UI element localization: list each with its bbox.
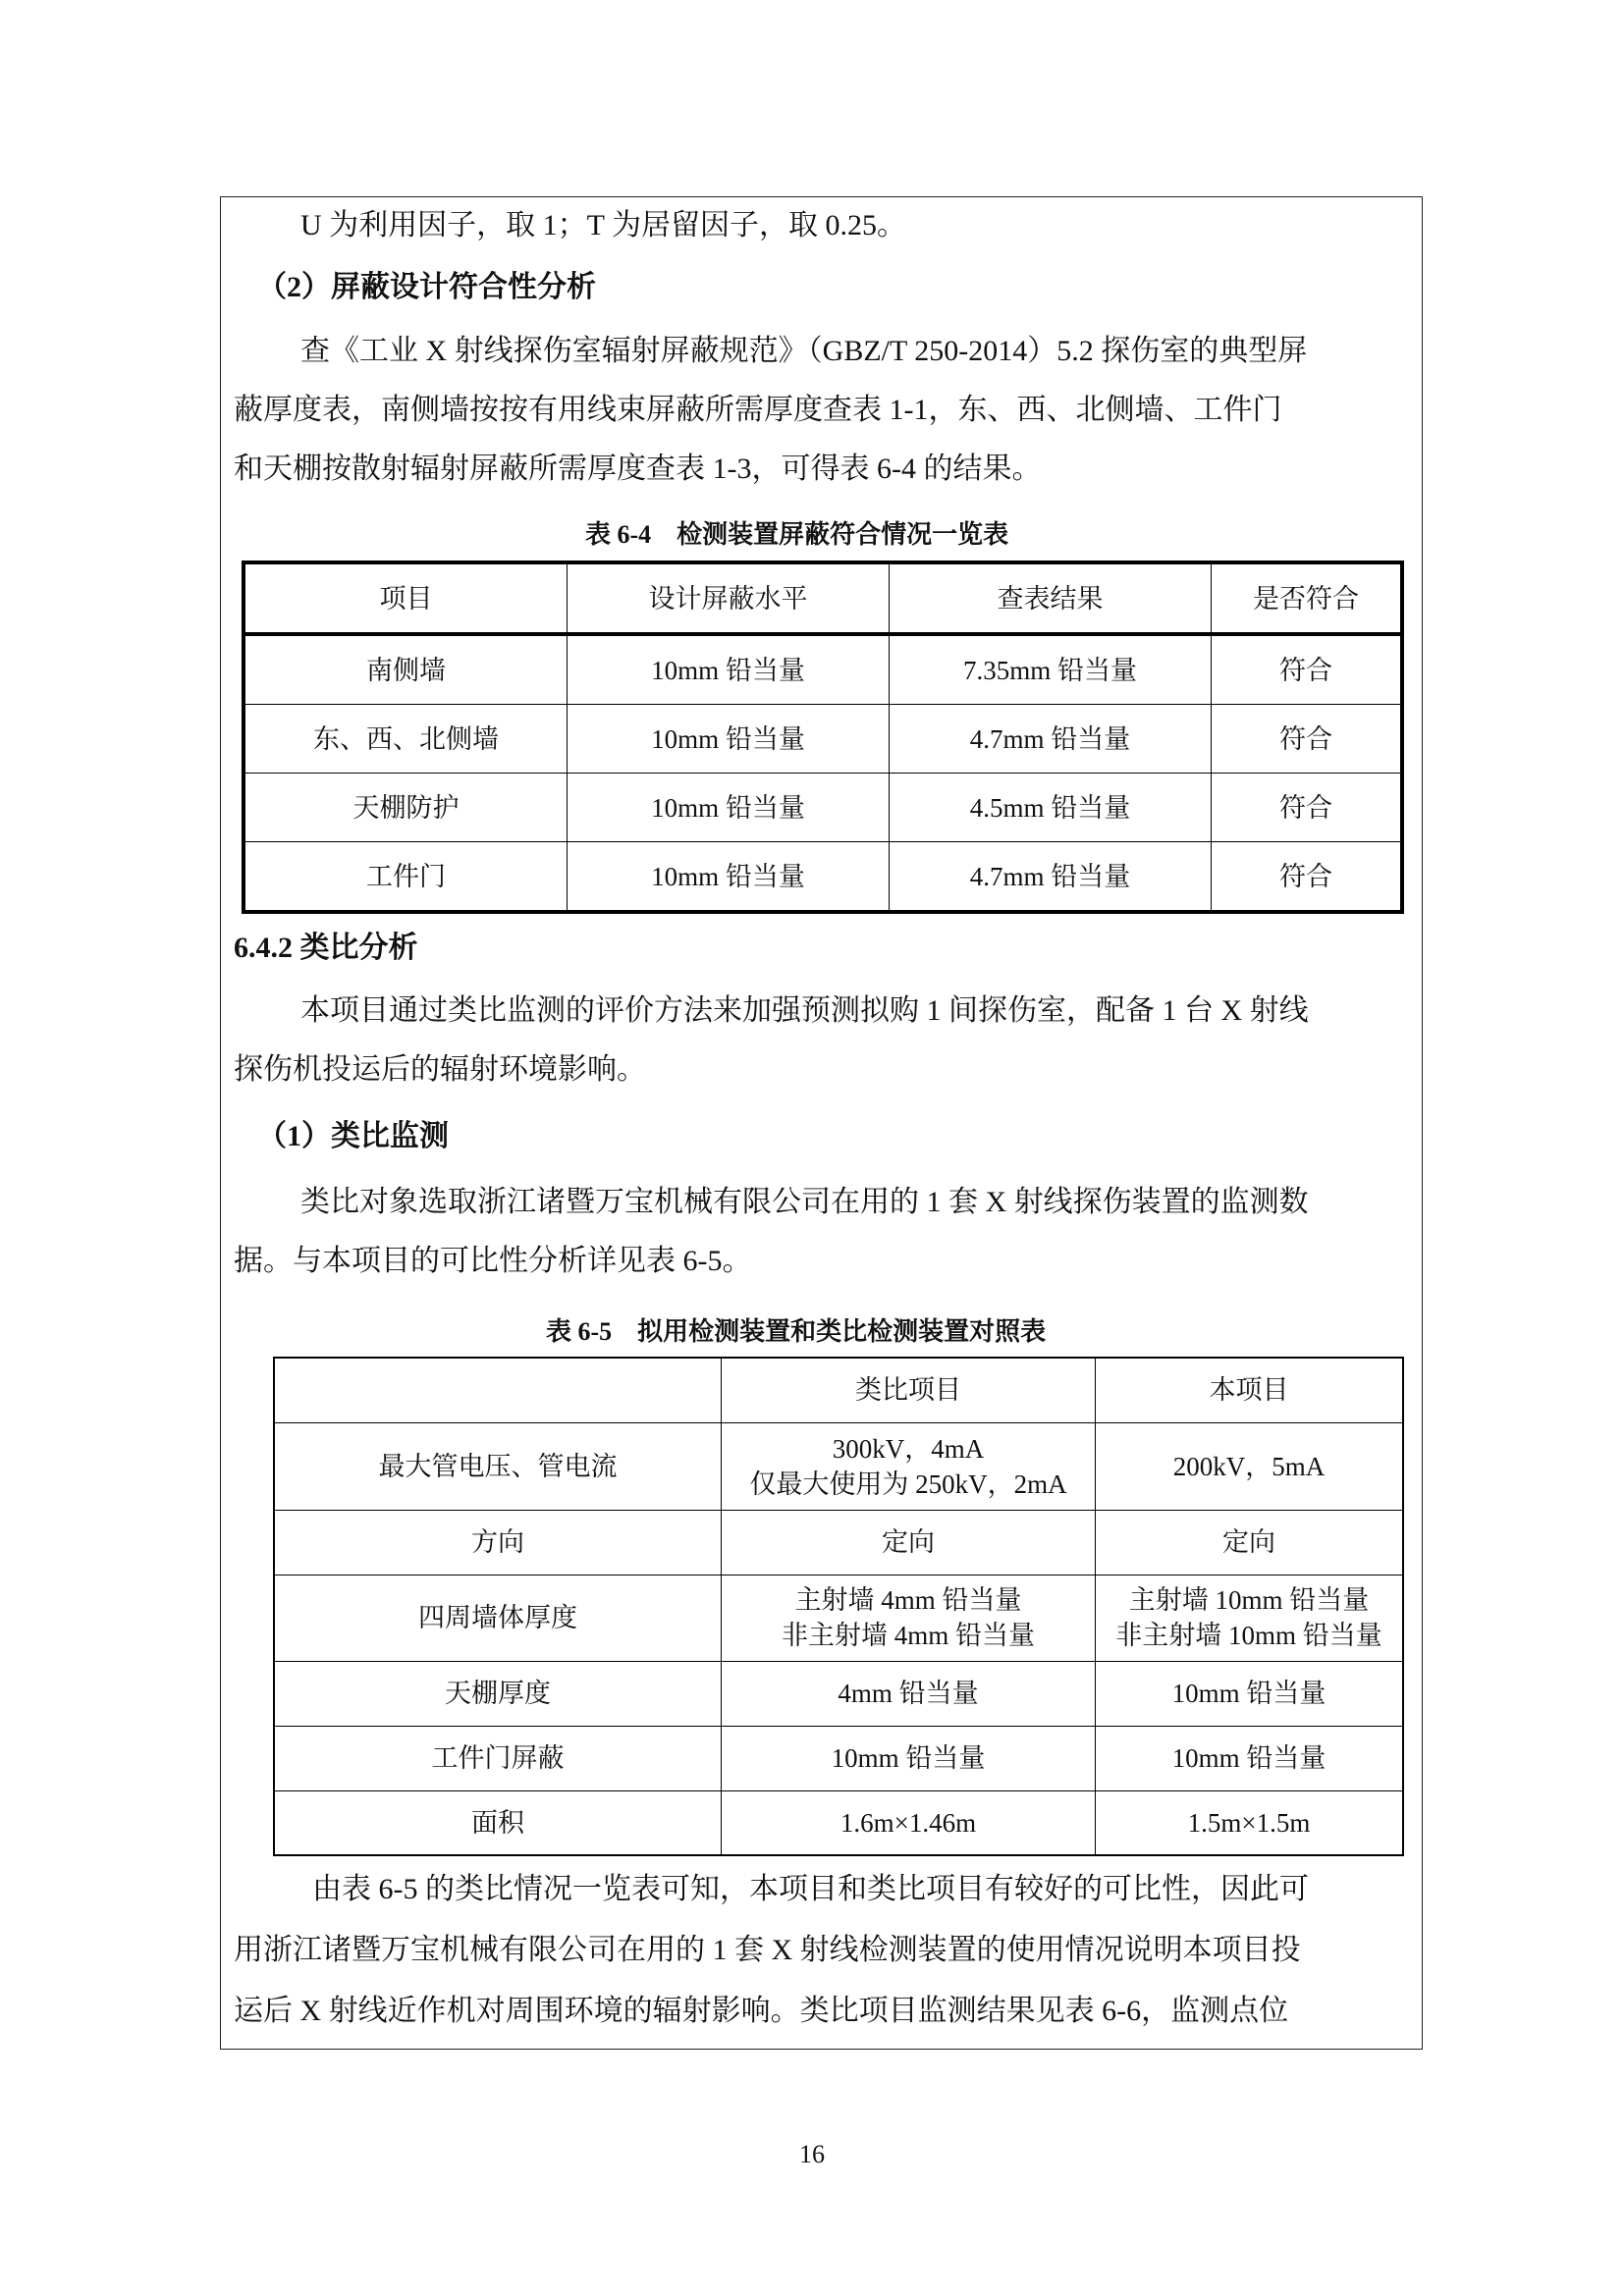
paragraph-conclusion-l1: 由表 6-5 的类比情况一览表可知，本项目和类比项目有较好的可比性，因此可 bbox=[312, 1870, 1309, 1909]
table-cell: 符合 bbox=[1212, 634, 1403, 705]
cell-line: 300kV，4mA bbox=[722, 1431, 1095, 1467]
table-row: 工件门 10mm 铅当量 4.7mm 铅当量 符合 bbox=[244, 842, 1402, 913]
table-cell: 最大管电压、管电流 bbox=[274, 1422, 722, 1510]
cell-line: 主射墙 10mm 铅当量 bbox=[1096, 1582, 1402, 1618]
table-cell: 四周墙体厚度 bbox=[274, 1575, 722, 1661]
table-row: 南侧墙 10mm 铅当量 7.35mm 铅当量 符合 bbox=[244, 634, 1402, 705]
table-row: 东、西、北侧墙 10mm 铅当量 4.7mm 铅当量 符合 bbox=[244, 705, 1402, 774]
table-cell: 南侧墙 bbox=[244, 634, 568, 705]
table-row: 天棚厚度 4mm 铅当量 10mm 铅当量 bbox=[274, 1661, 1403, 1726]
paragraph-object-l1: 类比对象选取浙江诸暨万宝机械有限公司在用的 1 套 X 射线探伤装置的监测数 bbox=[300, 1183, 1309, 1222]
table-cell: 天棚厚度 bbox=[274, 1661, 722, 1726]
section-heading-analogy-analysis: 6.4.2 类比分析 bbox=[234, 929, 418, 968]
table-cell: 东、西、北侧墙 bbox=[244, 705, 568, 774]
table-cell: 10mm 铅当量 bbox=[568, 842, 890, 913]
cell-line: 非主射墙 10mm 铅当量 bbox=[1096, 1618, 1402, 1653]
table-cell: 符合 bbox=[1212, 842, 1403, 913]
table-cell: 面积 bbox=[274, 1790, 722, 1855]
paragraph-standard-l3: 和天棚按散射辐射屏蔽所需厚度查表 1-3，可得表 6-4 的结果。 bbox=[234, 450, 1041, 489]
cell-line: 主射墙 4mm 铅当量 bbox=[722, 1582, 1095, 1618]
paragraph-object-l2: 据。与本项目的可比性分析详见表 6-5。 bbox=[234, 1242, 752, 1281]
header-cell: 类比项目 bbox=[722, 1358, 1096, 1422]
table-cell: 4.7mm 铅当量 bbox=[890, 842, 1212, 913]
table-row: 面积 1.6m×1.46m 1.5m×1.5m bbox=[274, 1790, 1403, 1855]
table-cell: 1.6m×1.46m bbox=[722, 1790, 1096, 1855]
cell-line: 仅最大使用为 250kV，2mA bbox=[722, 1467, 1095, 1502]
paragraph-conclusion-l3: 运后 X 射线近作机对周围环境的辐射影响。类比项目监测结果见表 6-6，监测点位 bbox=[234, 1992, 1288, 2031]
table-cell: 10mm 铅当量 bbox=[568, 705, 890, 774]
table-cell: 7.35mm 铅当量 bbox=[890, 634, 1212, 705]
table-cell: 工件门屏蔽 bbox=[274, 1726, 722, 1790]
table-cell: 300kV，4mA 仅最大使用为 250kV，2mA bbox=[722, 1422, 1096, 1510]
table-6-4-caption: 表 6-4 检测装置屏蔽符合情况一览表 bbox=[585, 514, 1008, 551]
table-row: 方向 定向 定向 bbox=[274, 1510, 1403, 1575]
table-row: 最大管电压、管电流 300kV，4mA 仅最大使用为 250kV，2mA 200… bbox=[274, 1422, 1403, 1510]
header-cell bbox=[274, 1358, 722, 1422]
header-cell: 查表结果 bbox=[890, 562, 1212, 634]
table-cell: 符合 bbox=[1212, 774, 1403, 842]
table-header-row: 类比项目 本项目 bbox=[274, 1358, 1403, 1422]
paragraph-conclusion-l2: 用浙江诸暨万宝机械有限公司在用的 1 套 X 射线检测装置的使用情况说明本项目投 bbox=[234, 1931, 1301, 1970]
header-cell: 本项目 bbox=[1096, 1358, 1404, 1422]
table-row: 四周墙体厚度 主射墙 4mm 铅当量 非主射墙 4mm 铅当量 主射墙 10mm… bbox=[274, 1575, 1403, 1661]
table-cell: 10mm 铅当量 bbox=[568, 774, 890, 842]
paragraph-analogy-l1: 本项目通过类比监测的评价方法来加强预测拟购 1 间探伤室，配备 1 台 X 射线 bbox=[300, 991, 1309, 1031]
table-cell: 方向 bbox=[274, 1510, 722, 1575]
table-6-5-caption: 表 6-5 拟用检测装置和类比检测装置对照表 bbox=[546, 1311, 1046, 1348]
paragraph-analogy-l2: 探伤机投运后的辐射环境影响。 bbox=[234, 1050, 646, 1090]
table-cell: 天棚防护 bbox=[244, 774, 568, 842]
table-row: 工件门屏蔽 10mm 铅当量 10mm 铅当量 bbox=[274, 1726, 1403, 1790]
page-number: 16 bbox=[0, 2140, 1624, 2169]
table-cell: 主射墙 10mm 铅当量 非主射墙 10mm 铅当量 bbox=[1096, 1575, 1404, 1661]
header-cell: 设计屏蔽水平 bbox=[568, 562, 890, 634]
subheading-shielding-compliance: （2）屏蔽设计符合性分析 bbox=[257, 268, 596, 307]
table-6-5: 类比项目 本项目 最大管电压、管电流 300kV，4mA 仅最大使用为 250k… bbox=[273, 1357, 1404, 1856]
table-cell: 4.5mm 铅当量 bbox=[890, 774, 1212, 842]
table-cell: 10mm 铅当量 bbox=[568, 634, 890, 705]
table-cell: 10mm 铅当量 bbox=[1096, 1726, 1404, 1790]
table-cell: 定向 bbox=[1096, 1510, 1404, 1575]
header-cell: 项目 bbox=[244, 562, 568, 634]
table-row: 天棚防护 10mm 铅当量 4.5mm 铅当量 符合 bbox=[244, 774, 1402, 842]
table-cell: 4.7mm 铅当量 bbox=[890, 705, 1212, 774]
table-cell: 主射墙 4mm 铅当量 非主射墙 4mm 铅当量 bbox=[722, 1575, 1096, 1661]
subheading-analogy-monitoring: （1）类比监测 bbox=[257, 1117, 449, 1156]
paragraph-standard-l2: 蔽厚度表，南侧墙按按有用线束屏蔽所需厚度查表 1-1，东、西、北侧墙、工件门 bbox=[234, 391, 1282, 430]
table-header-row: 项目 设计屏蔽水平 查表结果 是否符合 bbox=[244, 562, 1402, 634]
cell-line: 非主射墙 4mm 铅当量 bbox=[722, 1618, 1095, 1653]
header-cell: 是否符合 bbox=[1212, 562, 1403, 634]
table-cell: 定向 bbox=[722, 1510, 1096, 1575]
table-cell: 符合 bbox=[1212, 705, 1403, 774]
table-cell: 10mm 铅当量 bbox=[722, 1726, 1096, 1790]
table-cell: 200kV，5mA bbox=[1096, 1422, 1404, 1510]
table-cell: 1.5m×1.5m bbox=[1096, 1790, 1404, 1855]
table-cell: 工件门 bbox=[244, 842, 568, 913]
table-cell: 10mm 铅当量 bbox=[1096, 1661, 1404, 1726]
table-cell: 4mm 铅当量 bbox=[722, 1661, 1096, 1726]
paragraph-factors: U 为利用因子，取 1；T 为居留因子，取 0.25。 bbox=[300, 206, 906, 245]
paragraph-standard-l1: 查《工业 X 射线探伤室辐射屏蔽规范》（GBZ/T 250-2014）5.2 探… bbox=[300, 332, 1307, 371]
table-6-4: 项目 设计屏蔽水平 查表结果 是否符合 南侧墙 10mm 铅当量 7.35mm … bbox=[242, 561, 1404, 914]
